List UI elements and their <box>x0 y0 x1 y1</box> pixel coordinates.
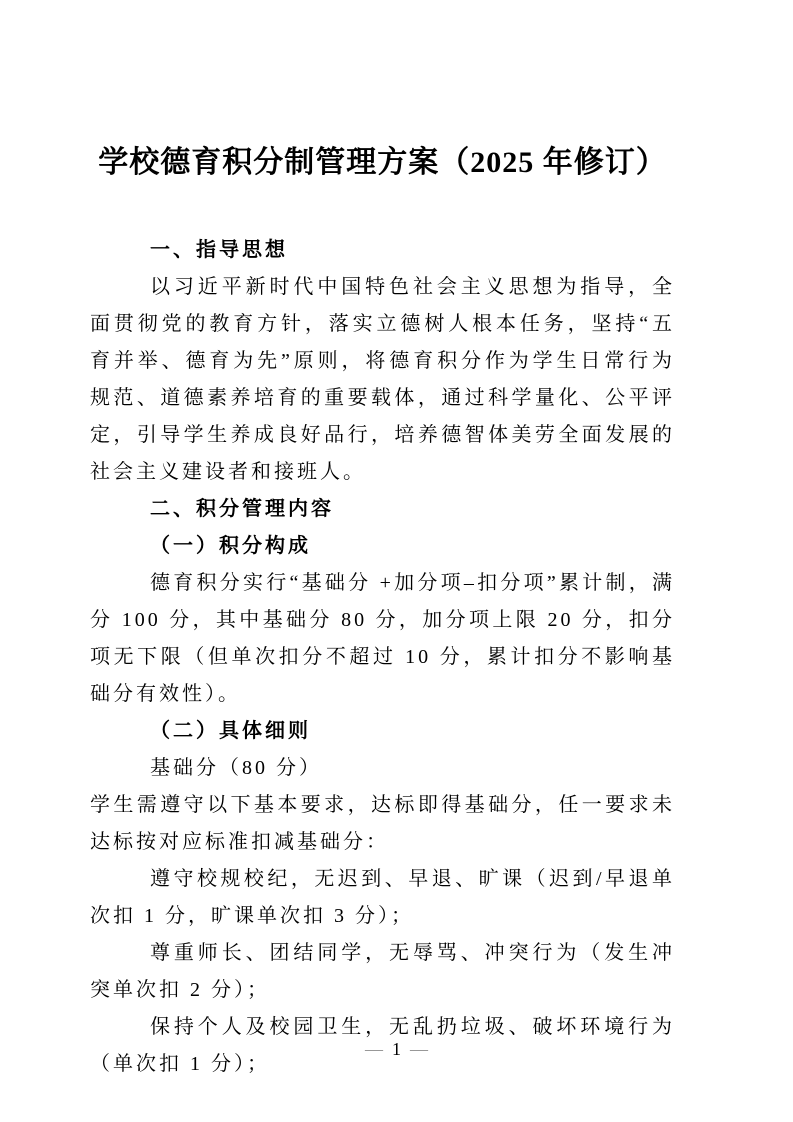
document-page: 学校德育积分制管理方案（2025 年修订） 一、指导思想 以习近平新时代中国特色… <box>0 0 793 1122</box>
page-title: 学校德育积分制管理方案（2025 年修订） <box>90 143 675 183</box>
paragraph-rule-respect: 尊重师长、团结同学，无辱骂、冲突行为（发生冲突单次扣 2 分）； <box>90 935 675 1009</box>
subsection-heading-detailed-rules: （二）具体细则 <box>90 713 675 750</box>
page-footer: —1— <box>0 1038 793 1060</box>
paragraph-guiding-ideology: 以习近平新时代中国特色社会主义思想为指导，全面贯彻党的教育方针，落实立德树人根本… <box>90 269 675 491</box>
paragraph-base-score-requirements: 学生需遵守以下基本要求，达标即得基础分，任一要求未达标按对应标准扣减基础分： <box>90 787 675 861</box>
document-body: 学校德育积分制管理方案（2025 年修订） 一、指导思想 以习近平新时代中国特色… <box>90 0 675 1083</box>
page-number: 1 <box>392 1039 401 1059</box>
section-heading-score-management: 二、积分管理内容 <box>90 491 675 528</box>
section-heading-guiding-ideology: 一、指导思想 <box>90 232 675 269</box>
subsection-heading-score-composition: （一）积分构成 <box>90 528 675 565</box>
footer-dash-right: — <box>401 1039 437 1059</box>
paragraph-base-score-label: 基础分（80 分） <box>90 750 675 787</box>
paragraph-rule-discipline: 遵守校规校纪，无迟到、早退、旷课（迟到/早退单次扣 1 分，旷课单次扣 3 分）… <box>90 861 675 935</box>
footer-dash-left: — <box>356 1039 392 1059</box>
paragraph-score-composition: 德育积分实行“基础分 +加分项–扣分项”累计制，满分 100 分，其中基础分 8… <box>90 565 675 713</box>
